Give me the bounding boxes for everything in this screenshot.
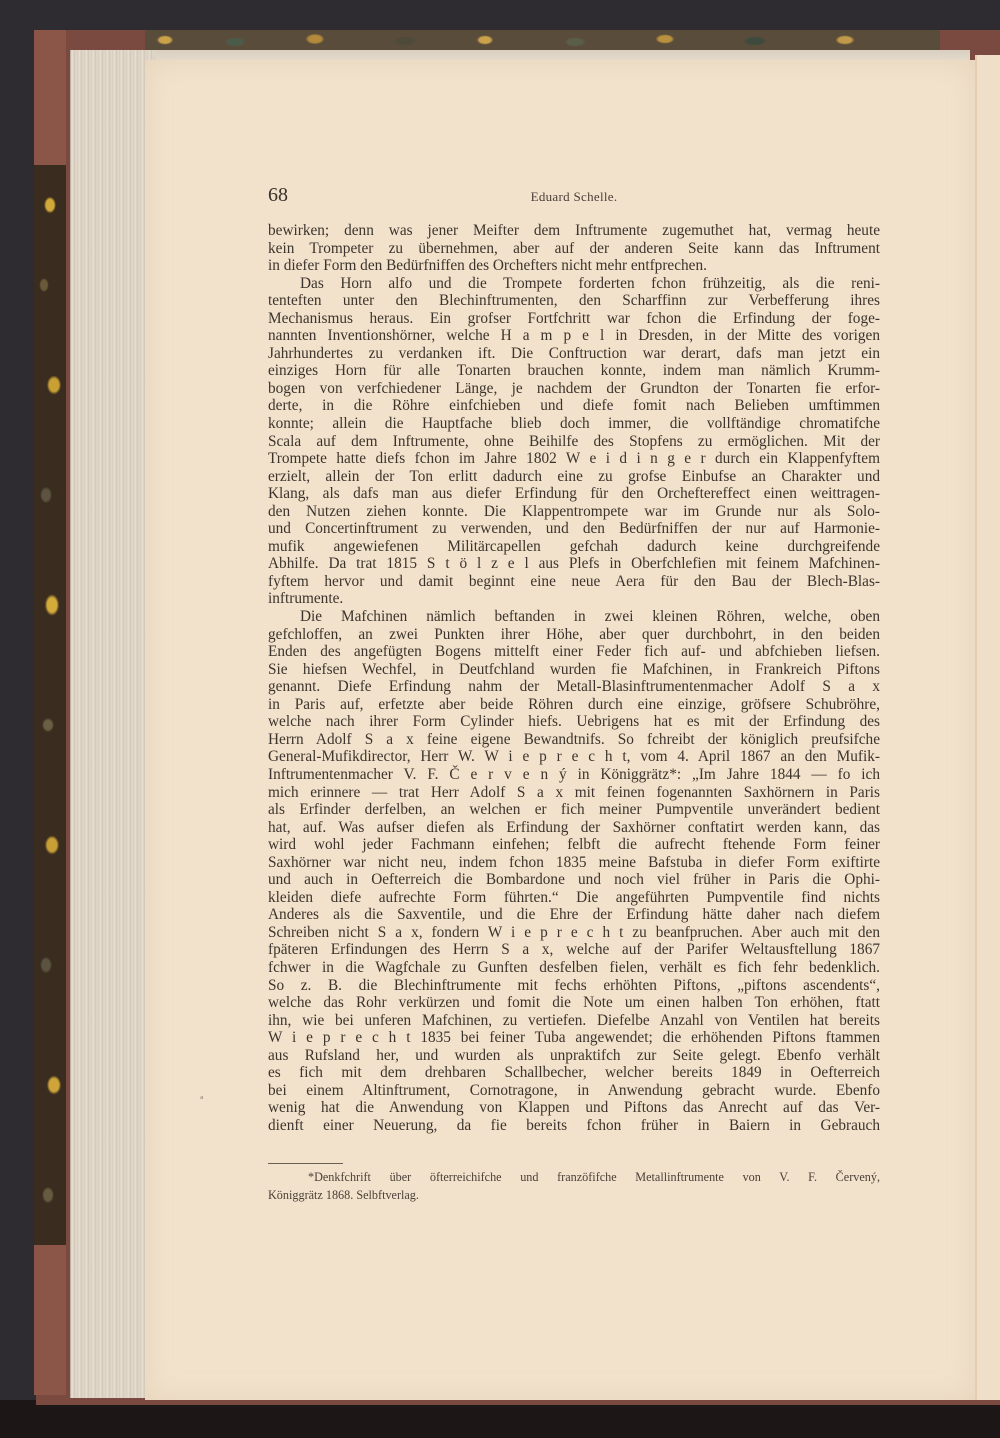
footnote: *Denkfchrift über öfterreichifche und fr…	[268, 1170, 880, 1205]
text-line: in Paris auf, erfetzte aber beide Röhren…	[268, 696, 880, 714]
footnote-line: Königgrätz 1868. Selbftverlag.	[268, 1188, 880, 1206]
text-line: mufik angewiefenen Militärcapellen gefch…	[268, 538, 880, 556]
text-line: welche nach ihrer Form Cylinder hiefs. U…	[268, 713, 880, 731]
text-line: mich erinnere — trat Herr Adolf S a x mi…	[268, 784, 880, 802]
text-line: Abhilfe. Da trat 1815 S t ö l z e l aus …	[268, 555, 880, 573]
text-line: Klang, als dafs man aus diefer Erfindung…	[268, 485, 880, 503]
text-line: Inftrumentenmacher V. F. Č e r v e n ý i…	[268, 766, 880, 784]
body-text: bewirken; denn was jener Meifter dem Inf…	[268, 222, 880, 1134]
text-line: den Nutzen ziehen konnte. Die Klappentro…	[268, 503, 880, 521]
text-line: Saxhörner war nicht neu, indem fchon 183…	[268, 854, 880, 872]
text-line: W i e p r e c h t 1835 bei feiner Tuba a…	[268, 1029, 880, 1047]
text-line: Herrn Adolf S a x feine eigene Bewandtni…	[268, 731, 880, 749]
text-line: in diefer Form den Bedürfniffen des Orch…	[268, 257, 880, 275]
page-stack-fore-edge	[70, 50, 156, 1398]
text-line: kein Trompeter zu übernehmen, aber auf d…	[268, 240, 880, 258]
text-line: Sie hiefsen Wechfel, in Deutfchland wurd…	[268, 661, 880, 679]
text-line: General-Mufikdirector, Herr W. W i e p r…	[268, 748, 880, 766]
text-line: erzielt, allein der Ton erlitt dadurch e…	[268, 468, 880, 486]
text-line: und Concertinftrument zu verwenden, und …	[268, 520, 880, 538]
text-line: konnte; allein die Hauptfache blieb doch…	[268, 415, 880, 433]
text-line: Mechanismus heraus. Ein grofser Fortfchr…	[268, 310, 880, 328]
text-line: und auch in Oefterreich die Bombardone u…	[268, 871, 880, 889]
stray-ink-mark: ᵃ	[200, 1095, 204, 1105]
facing-page-edge	[975, 55, 1000, 1400]
text-line: genannt. Diefe Erfindung nahm der Metall…	[268, 678, 880, 696]
text-line: bogen von verfchiedener Länge, je nachde…	[268, 380, 880, 398]
cover-marbled-paper-top	[145, 30, 940, 52]
page-header: 68 Eduard Schelle.	[268, 180, 880, 210]
text-line: es fich mit dem drehbaren Schallbecher, …	[268, 1064, 880, 1082]
text-line: So z. B. die Blechinftrumente mit fechs …	[268, 977, 880, 995]
text-line: dienft einer Neuerung, da fie bereits fc…	[268, 1117, 880, 1135]
text-line: fyftem hervor und damit beginnt eine neu…	[268, 573, 880, 591]
text-line: nannten Inventionshörner, welche H a m p…	[268, 327, 880, 345]
text-line: hat, auf. Was aufser diefen als Erfindun…	[268, 819, 880, 837]
text-line: Trompete hatte diefs fchon im Jahre 1802…	[268, 450, 880, 468]
cover-marbled-paper-left	[34, 165, 66, 1245]
text-line: Jahrhundertes zu verdanken ift. Die Conf…	[268, 345, 880, 363]
text-line: ihn, wie bei unferen Mafchinen, zu verti…	[268, 1012, 880, 1030]
text-line: Enden des angefügten Bogens mittelft ein…	[268, 643, 880, 661]
text-line: fchwer in die Wagfchale zu Gunften desfe…	[268, 959, 880, 977]
text-line: fpäteren Erfindungen des Herrn S a x, we…	[268, 941, 880, 959]
text-line: Schreiben nicht S a x, fondern W i e p r…	[268, 924, 880, 942]
cover-leather-corner-bottom	[34, 1245, 66, 1395]
text-line: als Erfinder derfelben, an welchen er fi…	[268, 801, 880, 819]
text-line: einziges Horn für alle Tonarten brauchen…	[268, 362, 880, 380]
cover-leather-corner-top	[34, 30, 66, 165]
text-line: Das Horn alfo und die Trompete forderten…	[268, 275, 880, 293]
footnote-line: *Denkfchrift über öfterreichifche und fr…	[268, 1170, 880, 1188]
text-line: Die Mafchinen nämlich beftanden in zwei …	[268, 608, 880, 626]
footnote-rule	[268, 1163, 343, 1164]
text-line: gefchloffen, an zwei Punkten ihrer Höhe,…	[268, 626, 880, 644]
text-line: wenig hat die Anwendung von Klappen und …	[268, 1099, 880, 1117]
backdrop	[0, 1400, 1000, 1438]
text-line: Scala auf dem Inftrumente, ohne Beihilfe…	[268, 433, 880, 451]
text-line: inftrumente.	[268, 590, 880, 608]
text-line: kleiden diefe aufrechte Form führten.“ D…	[268, 889, 880, 907]
text-line: wird wohl jeder Fachmann einfehen; felbf…	[268, 836, 880, 854]
text-line: tenteften unter den Blechinftrumenten, d…	[268, 292, 880, 310]
text-line: aus Rufsland her, und wurden als unprakt…	[268, 1047, 880, 1065]
text-line: Anderes als die Saxventile, und die Ehre…	[268, 906, 880, 924]
text-line: derte, in die Röhre einfchieben und dief…	[268, 397, 880, 415]
running-head: Eduard Schelle.	[268, 189, 880, 205]
text-line: bewirken; denn was jener Meifter dem Inf…	[268, 222, 880, 240]
text-line: welche das Rohr verkürzen und fomit die …	[268, 994, 880, 1012]
text-line: bei einem Altinftrument, Cornotragone, i…	[268, 1082, 880, 1100]
